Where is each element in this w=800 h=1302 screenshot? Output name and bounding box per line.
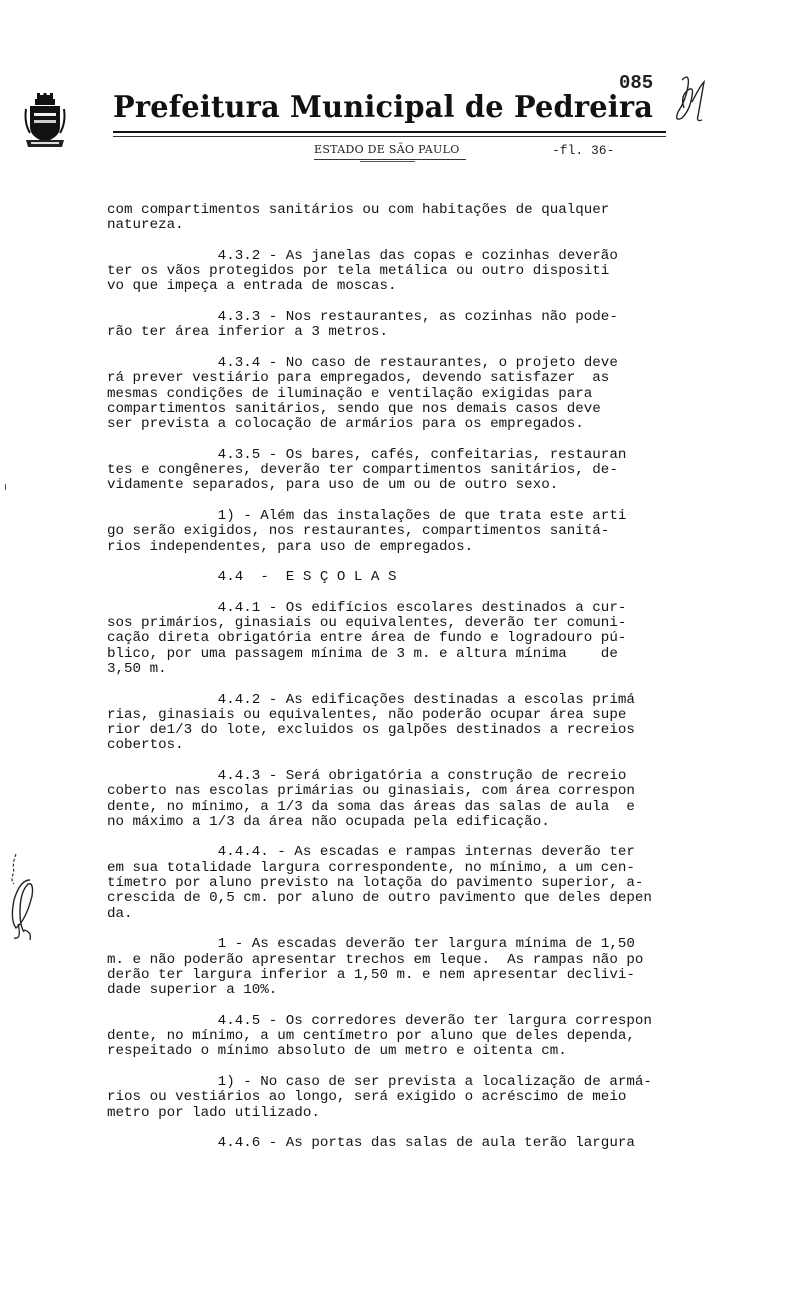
document-body: com compartimentos sanitários ou com hab… xyxy=(107,203,707,1167)
text-line: 4.4 - E S Ç O L A S xyxy=(107,570,707,585)
subtitle-rule xyxy=(314,159,466,160)
document-page: Prefeitura Municipal de Pedreira 085 EST… xyxy=(0,0,800,1302)
text-line: 4.4.2 - As edificações destinadas a esco… xyxy=(107,693,707,708)
text-line: tes e congêneres, deverão ter compartime… xyxy=(107,463,707,478)
text-line: 4.4.6 - As portas das salas de aula terã… xyxy=(107,1136,707,1151)
text-line: dente, no mínimo, a 1/3 da soma das área… xyxy=(107,800,707,815)
paragraph: 4.4 - E S Ç O L A S xyxy=(107,570,707,585)
text-line: vo que impeça a entrada de moscas. xyxy=(107,279,707,294)
text-line: da. xyxy=(107,907,707,922)
text-line: crescida de 0,5 cm. por aluno de outro p… xyxy=(107,891,707,906)
text-line: rios independentes, para uso de empregad… xyxy=(107,540,707,555)
subtitle-rule-accent xyxy=(360,161,415,162)
paragraph: 4.4.3 - Será obrigatória a construção de… xyxy=(107,769,707,830)
text-line: dente, no mínimo, a um centímetro por al… xyxy=(107,1029,707,1044)
text-line: respeitado o mínimo absoluto de um metro… xyxy=(107,1044,707,1059)
text-line: rios ou vestiários ao longo, será exigid… xyxy=(107,1090,707,1105)
margin-mark xyxy=(5,484,6,490)
text-line: dade superior a 10%. xyxy=(107,983,707,998)
text-line: rão ter área inferior a 3 metros. xyxy=(107,325,707,340)
text-line: cobertos. xyxy=(107,738,707,753)
text-line: rior de1/3 do lote, excluidos os galpões… xyxy=(107,723,707,738)
text-line: 4.3.3 - Nos restaurantes, as cozinhas nã… xyxy=(107,310,707,325)
paragraph: 4.4.2 - As edificações destinadas a esco… xyxy=(107,693,707,754)
text-line: 4.3.2 - As janelas das copas e cozinhas … xyxy=(107,249,707,264)
text-line: cação direta obrigatória entre área de f… xyxy=(107,631,707,646)
paragraph: 1 - As escadas deverão ter largura mínim… xyxy=(107,937,707,998)
paragraph: 4.4.5 - Os corredores deverão ter largur… xyxy=(107,1014,707,1060)
text-line: metro por lado utilizado. xyxy=(107,1106,707,1121)
text-line: 1) - No caso de ser prevista a localizaç… xyxy=(107,1075,707,1090)
paragraph: 4.3.3 - Nos restaurantes, as cozinhas nã… xyxy=(107,310,707,341)
text-line: com compartimentos sanitários ou com hab… xyxy=(107,203,707,218)
text-line: rá prever vestiário para empregados, dev… xyxy=(107,371,707,386)
text-line: em sua totalidade largura correspondente… xyxy=(107,861,707,876)
text-line: 4.3.4 - No caso de restaurantes, o proje… xyxy=(107,356,707,371)
paragraph: 1) - No caso de ser prevista a localizaç… xyxy=(107,1075,707,1121)
paragraph: 4.3.5 - Os bares, cafés, confeitarias, r… xyxy=(107,448,707,494)
text-line: natureza. xyxy=(107,218,707,233)
handwritten-signature-icon xyxy=(4,850,38,942)
page-stamp-number: 085 xyxy=(619,72,653,94)
paragraph: 4.3.4 - No caso de restaurantes, o proje… xyxy=(107,356,707,432)
text-line: ter os vãos protegidos por tela metálica… xyxy=(107,264,707,279)
text-line: 3,50 m. xyxy=(107,662,707,677)
text-line: blico, por uma passagem mínima de 3 m. e… xyxy=(107,647,707,662)
paragraph: 4.4.1 - Os edifícios escolares destinado… xyxy=(107,601,707,677)
text-line: m. e não poderão apresentar trechos em l… xyxy=(107,953,707,968)
text-line: compartimentos sanitários, sendo que nos… xyxy=(107,402,707,417)
text-line: 4.4.3 - Será obrigatória a construção de… xyxy=(107,769,707,784)
text-line: ser prevista a colocação de armários par… xyxy=(107,417,707,432)
text-line: 4.4.1 - Os edifícios escolares destinado… xyxy=(107,601,707,616)
text-line: 1 - As escadas deverão ter largura mínim… xyxy=(107,937,707,952)
paragraph: 4.4.4. - As escadas e rampas internas de… xyxy=(107,845,707,921)
text-line: mesmas condições de iluminação e ventila… xyxy=(107,387,707,402)
text-line: sos primários, ginasiais ou equivalentes… xyxy=(107,616,707,631)
text-line: rias, ginasiais ou equivalentes, não pod… xyxy=(107,708,707,723)
text-line: 4.3.5 - Os bares, cafés, confeitarias, r… xyxy=(107,448,707,463)
text-line: derão ter largura inferior a 1,50 m. e n… xyxy=(107,968,707,983)
title-rule xyxy=(113,131,666,133)
text-line: no máximo a 1/3 da área não ocupada pela… xyxy=(107,815,707,830)
coat-of-arms-icon xyxy=(24,93,66,149)
text-line: 1) - Além das instalações de que trata e… xyxy=(107,509,707,524)
handwritten-initials-icon xyxy=(668,72,708,128)
text-line: 4.4.4. - As escadas e rampas internas de… xyxy=(107,845,707,860)
text-line: coberto nas escolas primárias ou ginasia… xyxy=(107,784,707,799)
text-line: vidamente separados, para uso de um ou d… xyxy=(107,478,707,493)
paragraph: 1) - Além das instalações de que trata e… xyxy=(107,509,707,555)
page-title: Prefeitura Municipal de Pedreira xyxy=(113,90,653,125)
paragraph: 4.3.2 - As janelas das copas e cozinhas … xyxy=(107,249,707,295)
state-subtitle: ESTADO DE SÃO PAULO xyxy=(314,143,460,156)
paragraph: 4.4.6 - As portas das salas de aula terã… xyxy=(107,1136,707,1151)
text-line: tímetro por aluno previsto na lotaçõa do… xyxy=(107,876,707,891)
folio-number: -fl. 36- xyxy=(552,143,614,158)
text-line: 4.4.5 - Os corredores deverão ter largur… xyxy=(107,1014,707,1029)
title-rule-thin xyxy=(113,136,666,137)
text-line: go serão exigidos, nos restaurantes, com… xyxy=(107,524,707,539)
paragraph: com compartimentos sanitários ou com hab… xyxy=(107,203,707,234)
